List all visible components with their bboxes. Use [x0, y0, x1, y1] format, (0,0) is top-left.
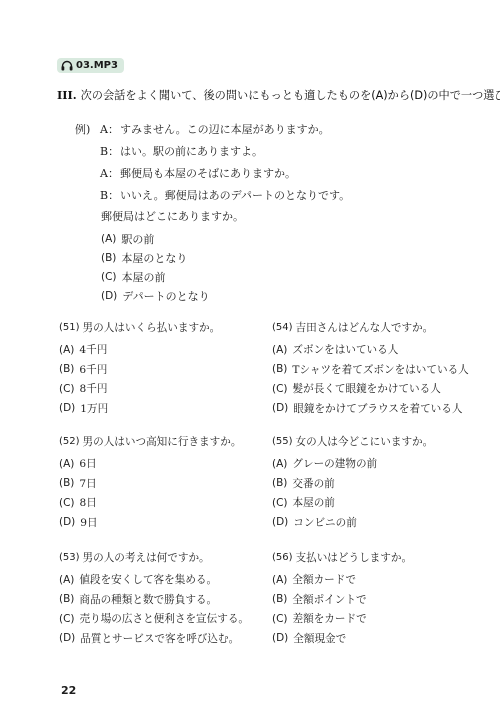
- option-text: 品質とサービスで客を呼び込む。: [80, 631, 239, 646]
- option-letter: (A): [59, 458, 74, 470]
- option-d: (D)品質とサービスで客を呼び込む。: [59, 629, 249, 649]
- dialog-text: 郵便局も本屋のそばにありますか。: [120, 165, 296, 181]
- question-title: (53)男の人の考えは何ですか。: [59, 548, 249, 566]
- option-text: 駅の前: [121, 231, 154, 247]
- speaker-label: B：: [100, 187, 120, 203]
- option-a: (A)6日: [59, 454, 241, 474]
- question-53: (53)男の人の考えは何ですか。 (A)値段を安くして客を集める。 (B)商品の…: [59, 548, 249, 648]
- option-letter: (B): [101, 252, 116, 264]
- speaker-label: A：: [100, 121, 120, 137]
- option-text: 8日: [80, 495, 97, 510]
- option-c: (C)差額をカードで: [272, 609, 412, 629]
- example-question: 郵便局はどこにありますか。: [101, 208, 244, 224]
- option-text: 売り場の広さと便利さを宣伝する。: [80, 611, 250, 626]
- option-a: (A)グレーの建物の前: [272, 454, 433, 474]
- option-text: 全額現金で: [293, 631, 346, 646]
- question-54: (54)吉田さんはどんな人ですか。 (A)ズボンをはいている人 (B)Tシャツを…: [272, 318, 469, 418]
- speaker-label: A：: [100, 165, 120, 181]
- option-letter: (D): [59, 632, 75, 644]
- option-c: (C)髪が長くて眼鏡をかけている人: [272, 379, 469, 399]
- question-55: (55)女の人は今どこにいますか。 (A)グレーの建物の前 (B)交番の前 (C…: [272, 432, 433, 532]
- question-number: (51): [59, 322, 80, 333]
- option-b: (B)商品の種類と数で勝負する。: [59, 590, 249, 610]
- option-letter: (B): [272, 477, 287, 489]
- option-text: 8千円: [80, 381, 108, 396]
- option-b: (B)7日: [59, 474, 241, 494]
- dialog-line: B： いいえ。郵便局はあのデパートのとなりです。: [75, 184, 350, 206]
- option-text: デパートのとなり: [122, 288, 209, 304]
- option-letter: (A): [272, 344, 287, 356]
- dialog-text: はい。駅の前にありますよ。: [120, 143, 263, 159]
- option-c: (C)売り場の広さと便利さを宣伝する。: [59, 609, 249, 629]
- option-d: (D)1万円: [59, 399, 220, 419]
- option-letter: (B): [59, 363, 74, 375]
- option-text: 交番の前: [292, 476, 334, 491]
- question-title: (55)女の人は今どこにいますか。: [272, 432, 433, 450]
- option-d: (D)眼鏡をかけてブラウスを着ている人: [272, 399, 469, 419]
- option-c: (C)本屋の前: [272, 493, 433, 513]
- option-text: 1万円: [80, 401, 108, 416]
- question-number: (56): [272, 552, 293, 563]
- option-letter: (A): [272, 458, 287, 470]
- section-instruction: III.次の会話をよく聞いて、後の問いにもっとも適したものを(A)から(D)の中…: [57, 87, 500, 103]
- option-c: (C)本屋の前: [101, 267, 210, 286]
- dialog-text: いいえ。郵便局はあのデパートのとなりです。: [120, 187, 350, 203]
- question-title: (56)支払いはどうしますか。: [272, 548, 412, 566]
- option-letter: (C): [101, 271, 117, 283]
- option-letter: (C): [272, 613, 288, 625]
- audio-track-label: 03.MP3: [76, 60, 118, 71]
- question-text: 男の人はいくら払いますか。: [83, 320, 221, 335]
- question-51: (51)男の人はいくら払いますか。 (A)4千円 (B)6千円 (C)8千円 (…: [59, 318, 220, 418]
- option-text: 商品の種類と数で勝負する。: [79, 592, 217, 607]
- option-text: 全額カードで: [292, 572, 356, 587]
- question-title: (52)男の人はいつ高知に行きますか。: [59, 432, 241, 450]
- option-c: (C)8千円: [59, 379, 220, 399]
- option-d: (D)全額現金で: [272, 629, 412, 649]
- option-letter: (D): [272, 632, 288, 644]
- option-b: (B)本屋のとなり: [101, 248, 210, 267]
- example-label: 例): [75, 121, 100, 137]
- option-a: (A)駅の前: [101, 229, 210, 248]
- option-a: (A)4千円: [59, 340, 220, 360]
- option-text: 値段を安くして客を集める。: [79, 572, 217, 587]
- option-letter: (D): [272, 516, 288, 528]
- example-options: (A)駅の前 (B)本屋のとなり (C)本屋の前 (D)デパートのとなり: [101, 229, 210, 305]
- option-letter: (A): [59, 574, 74, 586]
- option-letter: (D): [101, 290, 117, 302]
- option-text: 本屋の前: [122, 269, 166, 285]
- option-text: 全額ポイントで: [292, 592, 366, 607]
- option-letter: (B): [59, 593, 74, 605]
- dialog-text: すみません。この辺に本屋がありますか。: [120, 121, 330, 137]
- option-b: (B)Tシャツを着てズボンをはいている人: [272, 360, 469, 380]
- dialog-line: A： 郵便局も本屋のそばにありますか。: [75, 162, 350, 184]
- option-text: 9日: [80, 515, 97, 530]
- option-text: ズボンをはいている人: [292, 342, 398, 357]
- question-number: (53): [59, 552, 80, 563]
- question-title: (51)男の人はいくら払いますか。: [59, 318, 220, 336]
- option-text: 6千円: [79, 362, 107, 377]
- option-a: (A)値段を安くして客を集める。: [59, 570, 249, 590]
- question-52: (52)男の人はいつ高知に行きますか。 (A)6日 (B)7日 (C)8日 (D…: [59, 432, 241, 532]
- option-letter: (B): [272, 363, 287, 375]
- question-text: 支払いはどうしますか。: [296, 550, 413, 565]
- option-text: Tシャツを着てズボンをはいている人: [292, 362, 468, 377]
- option-d: (D)デパートのとなり: [101, 286, 210, 305]
- speaker-label: B：: [100, 143, 120, 159]
- option-b: (B)交番の前: [272, 474, 433, 494]
- option-letter: (D): [272, 402, 288, 414]
- option-d: (D)9日: [59, 513, 241, 533]
- option-text: グレーの建物の前: [292, 456, 377, 471]
- option-text: 4千円: [79, 342, 107, 357]
- question-56: (56)支払いはどうしますか。 (A)全額カードで (B)全額ポイントで (C)…: [272, 548, 412, 648]
- headphones-icon: [61, 60, 73, 71]
- option-letter: (B): [272, 593, 287, 605]
- option-text: 7日: [79, 476, 96, 491]
- question-title: (54)吉田さんはどんな人ですか。: [272, 318, 469, 336]
- option-text: 本屋の前: [293, 495, 335, 510]
- option-letter: (C): [272, 383, 288, 395]
- option-a: (A)ズボンをはいている人: [272, 340, 469, 360]
- question-text: 男の人の考えは何ですか。: [83, 550, 210, 565]
- option-letter: (A): [101, 233, 116, 245]
- page-number: 22: [61, 684, 76, 697]
- option-b: (B)全額ポイントで: [272, 590, 412, 610]
- option-letter: (C): [59, 383, 75, 395]
- question-text: 男の人はいつ高知に行きますか。: [83, 434, 242, 449]
- dialog-line: 例) A： すみません。この辺に本屋がありますか。: [75, 118, 350, 140]
- section-number: III.: [57, 88, 77, 102]
- option-letter: (B): [59, 477, 74, 489]
- question-number: (54): [272, 322, 293, 333]
- question-number: (52): [59, 436, 80, 447]
- example-dialog: 例) A： すみません。この辺に本屋がありますか。 B： はい。駅の前にあります…: [75, 118, 350, 206]
- option-letter: (C): [59, 497, 75, 509]
- option-d: (D)コンビニの前: [272, 513, 433, 533]
- option-text: 6日: [79, 456, 96, 471]
- option-letter: (A): [272, 574, 287, 586]
- option-a: (A)全額カードで: [272, 570, 412, 590]
- option-c: (C)8日: [59, 493, 241, 513]
- option-text: 眼鏡をかけてブラウスを着ている人: [293, 401, 462, 416]
- dialog-line: B： はい。駅の前にありますよ。: [75, 140, 350, 162]
- option-letter: (C): [272, 497, 288, 509]
- option-letter: (D): [59, 516, 75, 528]
- instruction-text: 次の会話をよく聞いて、後の問いにもっとも適したものを(A)から(D)の中で一つ選…: [81, 89, 500, 102]
- option-text: 髪が長くて眼鏡をかけている人: [293, 381, 441, 396]
- option-letter: (D): [59, 402, 75, 414]
- option-b: (B)6千円: [59, 360, 220, 380]
- question-text: 吉田さんはどんな人ですか。: [296, 320, 434, 335]
- option-text: 本屋のとなり: [121, 250, 187, 266]
- option-letter: (C): [59, 613, 75, 625]
- question-text: 女の人は今どこにいますか。: [296, 434, 434, 449]
- question-number: (55): [272, 436, 293, 447]
- option-text: 差額をカードで: [293, 611, 367, 626]
- option-letter: (A): [59, 344, 74, 356]
- option-text: コンビニの前: [293, 515, 357, 530]
- audio-track-badge: 03.MP3: [57, 58, 124, 73]
